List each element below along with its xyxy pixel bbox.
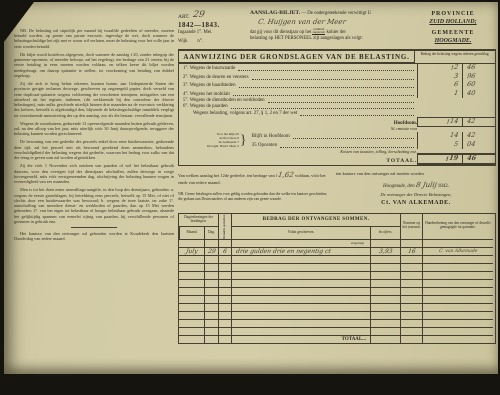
- nb-note: NB. Geene betalingen zullen voor geldig …: [178, 192, 328, 202]
- amount-guilders: 6: [454, 81, 459, 88]
- row-label: 1°. Wegens de huurwaarde: [183, 66, 235, 72]
- hoofdsom-guilders: 14: [450, 118, 459, 125]
- date-handwritten: 8 Julij: [415, 181, 437, 190]
- form-header: ART. 29 1842—1843. Ingaande 1°. Mei. Wij…: [178, 10, 496, 45]
- kosten-label: Kosten van taxatien, telling, herschatti…: [340, 149, 417, 154]
- col-written-header: Voluit geschreven.: [231, 227, 370, 240]
- empty-payment-row: [179, 264, 495, 272]
- col-dates-header: Dagteekeningen der betalingen.: [179, 214, 218, 227]
- tax-years: 1842—1843.: [178, 21, 240, 30]
- empty-payment-row: [179, 256, 495, 264]
- addressee-handwritten: C. Huijgen van der Meer: [257, 18, 346, 27]
- zegelregt-label: Zegelregt: [231, 240, 370, 248]
- empty-payment-row: [179, 304, 495, 312]
- empty-payment-row: [179, 288, 495, 296]
- payments-table: Dagteekeningen der betalingen. Betaalde …: [178, 213, 496, 344]
- assessment-table: AANWIJZING DER GRONDSLAGEN VAN DE BELAST…: [178, 49, 496, 166]
- instruction-paragraph: Zij die zich te hoog belast rekenen, kun…: [14, 81, 174, 118]
- opcenten-cents: 04: [467, 141, 476, 148]
- opcenten-guilders: 5: [454, 141, 459, 148]
- entry-signature: C. van Alkemade: [438, 249, 477, 254]
- date-line: Hoogmade, den 8 Julij 1842.: [336, 181, 496, 191]
- total-row: TOTAAL. f 1946: [179, 155, 495, 165]
- payment-note-left: Van welken aanslag het 12de gedeelte, te…: [178, 171, 328, 186]
- row-label: 2°. Wegens de deuren en vensters: [183, 75, 249, 81]
- row-label: 3°. Wegens de haardsteden: [183, 83, 236, 89]
- kohier-choice: primitief suppletoir: [312, 28, 325, 36]
- amount-cents: 46: [467, 64, 476, 71]
- payments-header-row1: Dagteekeningen der betalingen. Betaalde …: [179, 214, 495, 240]
- entry-amount-figures: 3,93: [378, 248, 393, 255]
- instruction-paragraph: Zij die vóór 1 November zich ontdoen van…: [14, 163, 174, 184]
- province-block: PROVINCIE ZUID HOLLAND; GEMEENTE HOOGMAD…: [410, 10, 496, 45]
- collector-name: Ct. VAN ALKEMADE.: [336, 200, 496, 208]
- brace-glyph: }: [240, 133, 247, 149]
- total-cents: 46: [467, 155, 477, 162]
- assessment-row: 2°. Wegens de deuren en vensters 396: [179, 73, 495, 81]
- opcenten-section: Voor het Rijk 20 de Provincie 6 de Gemee…: [179, 132, 495, 149]
- scanned-tax-form-1842: { "header": { "art_label": "ART.", "art_…: [0, 0, 500, 395]
- instruction-paragraph: Het kantoor van den ontvanger zal gehoud…: [14, 231, 174, 241]
- empty-payment-row: [179, 312, 495, 320]
- assessment-row: 4°. Wegens het mobilair 140: [179, 90, 495, 98]
- entry-day: 29: [207, 248, 216, 255]
- opcenten-row: 35 Opcenten 504: [248, 141, 495, 149]
- empty-payment-row: [179, 272, 495, 280]
- gemeente-name: HOOGMADE.: [410, 37, 496, 45]
- empty-payment-row: [179, 328, 495, 336]
- entry-parts: 6: [222, 248, 227, 255]
- amount-guilders: 3: [454, 73, 459, 80]
- hoofdsom-row: Hoofdsom. f 1442: [179, 117, 495, 127]
- empty-payment-row: [179, 320, 495, 328]
- total-guilders: 19: [449, 155, 459, 162]
- billet-line3: belasting op HET PERSONEEL zijt aangesla…: [250, 36, 400, 42]
- opcenten-droogmakerij: Droogm. Haarl. Meer 2: [207, 145, 239, 149]
- instruction-paragraph: NB. De belasting zal stiptelijk per maan…: [14, 28, 174, 49]
- col-figures-header: In cijfers.: [370, 227, 400, 240]
- col-amount-header: BEDRAG DER ONTVANGENE SOMMEN.: [231, 214, 400, 227]
- assessment-title: AANWIJZING DER GRONDSLAGEN VAN DE BELAST…: [179, 51, 414, 63]
- art-label: ART.: [178, 14, 190, 21]
- amount-cents: 60: [467, 81, 476, 88]
- amount-guilders: 2: [454, 64, 459, 71]
- row-label: Wegens belasting, volgens art. 27, § 1, …: [183, 111, 297, 117]
- entry-amount-written: drie gulden drie en negentig ct: [235, 248, 331, 255]
- blijft-guilders: 14: [450, 132, 459, 139]
- instruction-paragraph: De bewoning van een gedeelte des perceel…: [14, 139, 174, 160]
- monthly-amount-handwritten: 1,62: [278, 171, 295, 180]
- payment-note-right: ten kantore van den ontvanger zal moeten…: [336, 171, 496, 177]
- kohier-suppletoir: suppletoir: [312, 30, 325, 34]
- art-number-handwritten: 29: [192, 10, 205, 21]
- amount-cents: 40: [467, 90, 476, 97]
- opcenten-label: 35 Opcenten: [252, 143, 277, 150]
- province-name: ZUID HOLLAND;: [410, 18, 496, 26]
- zegelregt-row: Zegelregt: [179, 240, 495, 248]
- form-main-area: ART. 29 1842—1843. Ingaande 1°. Mei. Wij…: [178, 10, 496, 344]
- ontvanger-line: De ontvanger der Directe Belastingen,: [336, 192, 496, 198]
- entry-journal-number: 16: [407, 248, 416, 255]
- instructions-column: NB. De belasting zal stiptelijk per maan…: [14, 28, 174, 244]
- divider-rule: [71, 227, 117, 228]
- col-day-header: Dag.: [204, 227, 218, 240]
- instruction-paragraph: Wegens de woonhuizen, gedurende 12 opeen…: [14, 121, 174, 137]
- start-date: Ingaande 1°. Mei.: [178, 30, 240, 36]
- billet-intro: — De ondergeteekende verwittigt U: [301, 11, 371, 16]
- instruction-paragraph: Men is tot het doen eener aanvullings-aa…: [14, 187, 174, 224]
- entry-month: July: [185, 248, 198, 255]
- gemeente-label: GEMEENTE: [410, 29, 496, 37]
- billet-title: AANSLAG-BILJET.: [250, 10, 300, 16]
- hoofdsom-cents: 42: [467, 118, 476, 125]
- col-number-header: Nommer op het journaal.: [400, 214, 422, 240]
- billet-line2b: kohier der: [326, 29, 346, 34]
- art-block: ART. 29 1842—1843. Ingaande 1°. Mei. Wij…: [178, 10, 240, 45]
- billet-block: AANSLAG-BILJET. — De ondergeteekende ver…: [250, 10, 400, 42]
- col-signature-header: Handteekening van den ontvanger of desze…: [422, 214, 493, 240]
- payments-total-row: TOTAAL...: [179, 336, 495, 343]
- amount-guilders: 1: [454, 90, 459, 97]
- payments-total-label: TOTAAL...: [231, 336, 370, 343]
- blijft-cents: 42: [467, 132, 476, 139]
- instruction-paragraph: Dit biljet wordt kosteloos afgegeven, do…: [14, 52, 174, 78]
- assessment-row: 3°. Wegens de haardsteden 660: [179, 81, 495, 89]
- province-label: PROVINCIE: [410, 10, 496, 18]
- col-month-header: Maand.: [179, 227, 204, 240]
- wijk-label: Wijk: [178, 39, 187, 45]
- payment-entry-row: July 29 6 drie gulden drie en negentig c…: [179, 248, 495, 256]
- total-label: TOTAAL.: [386, 158, 417, 165]
- opcenten-breakdown: Voor het Rijk 20 de Provincie 6 de Gemee…: [207, 133, 248, 149]
- amount-cents: 96: [467, 73, 476, 80]
- empty-payment-row: [179, 280, 495, 288]
- middle-notes: Van welken aanslag het 12de gedeelte, te…: [178, 171, 496, 208]
- document-paper: NB. De belasting zal stiptelijk per maan…: [4, 2, 498, 374]
- billet-line2a: dat gij voor dit dienstjaar op het: [250, 29, 311, 34]
- col-parts-header: Betaalde gedeelten.: [218, 214, 231, 240]
- amount-column-header: Bedrag der belasting wegens iederen gron…: [414, 51, 495, 63]
- empty-payment-row: [179, 296, 495, 304]
- blijft-label: Blijft in Hoofdsom: [252, 134, 290, 141]
- assessment-row: 1°. Wegens de huurwaarde f 246: [179, 64, 495, 72]
- wijk-number-label: n°.: [197, 39, 203, 45]
